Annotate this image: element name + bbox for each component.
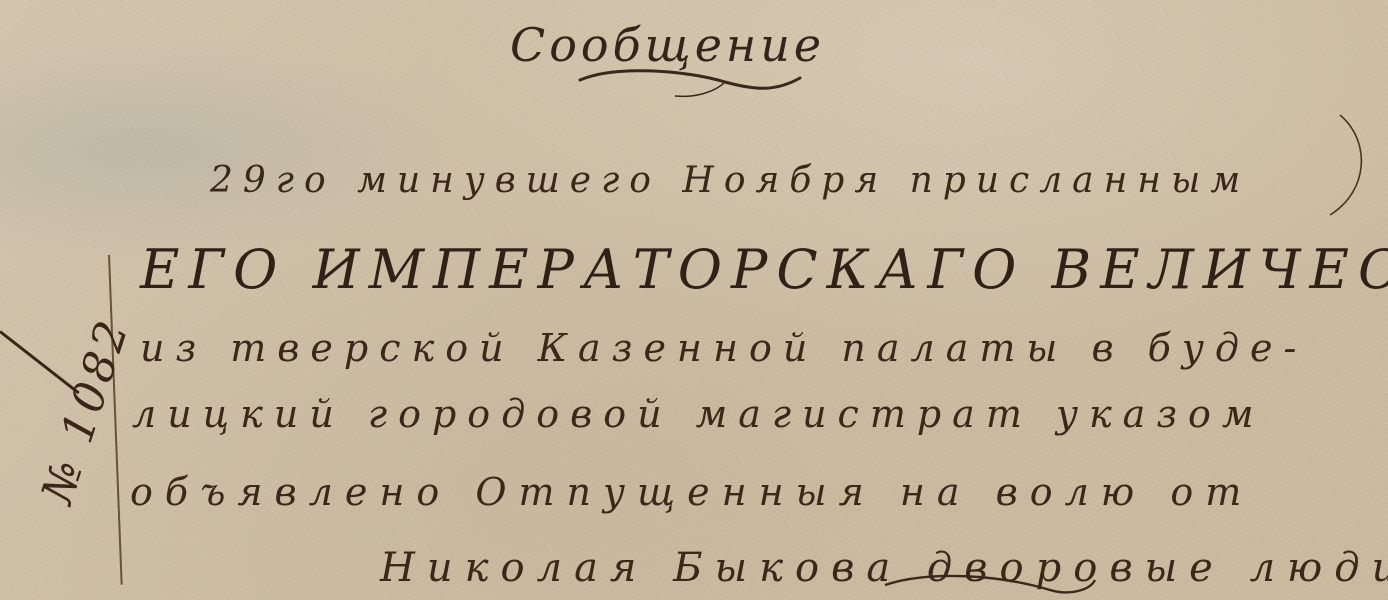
text-line-4: лицкий городовой магистрат указом [132,392,1264,436]
text-line-2: ЕГО ИМПЕРАТОРСКАГО ВЕЛИЧЕСТВА [140,238,1388,301]
bracket-flourish [1300,110,1380,220]
title-underline-flourish [575,60,805,100]
margin-number: № 1082 [32,312,140,510]
text-line-6: Николая Быкова дворовые люди [380,545,1388,591]
margin-rule-line [108,255,123,585]
text-line-3: из тверской Казенной палаты в буде- [140,326,1307,370]
text-line-1: 29го минувшего Ноября присланным [210,160,1250,201]
text-line-5: объявлено Отпущенныя на волю от [130,470,1253,514]
